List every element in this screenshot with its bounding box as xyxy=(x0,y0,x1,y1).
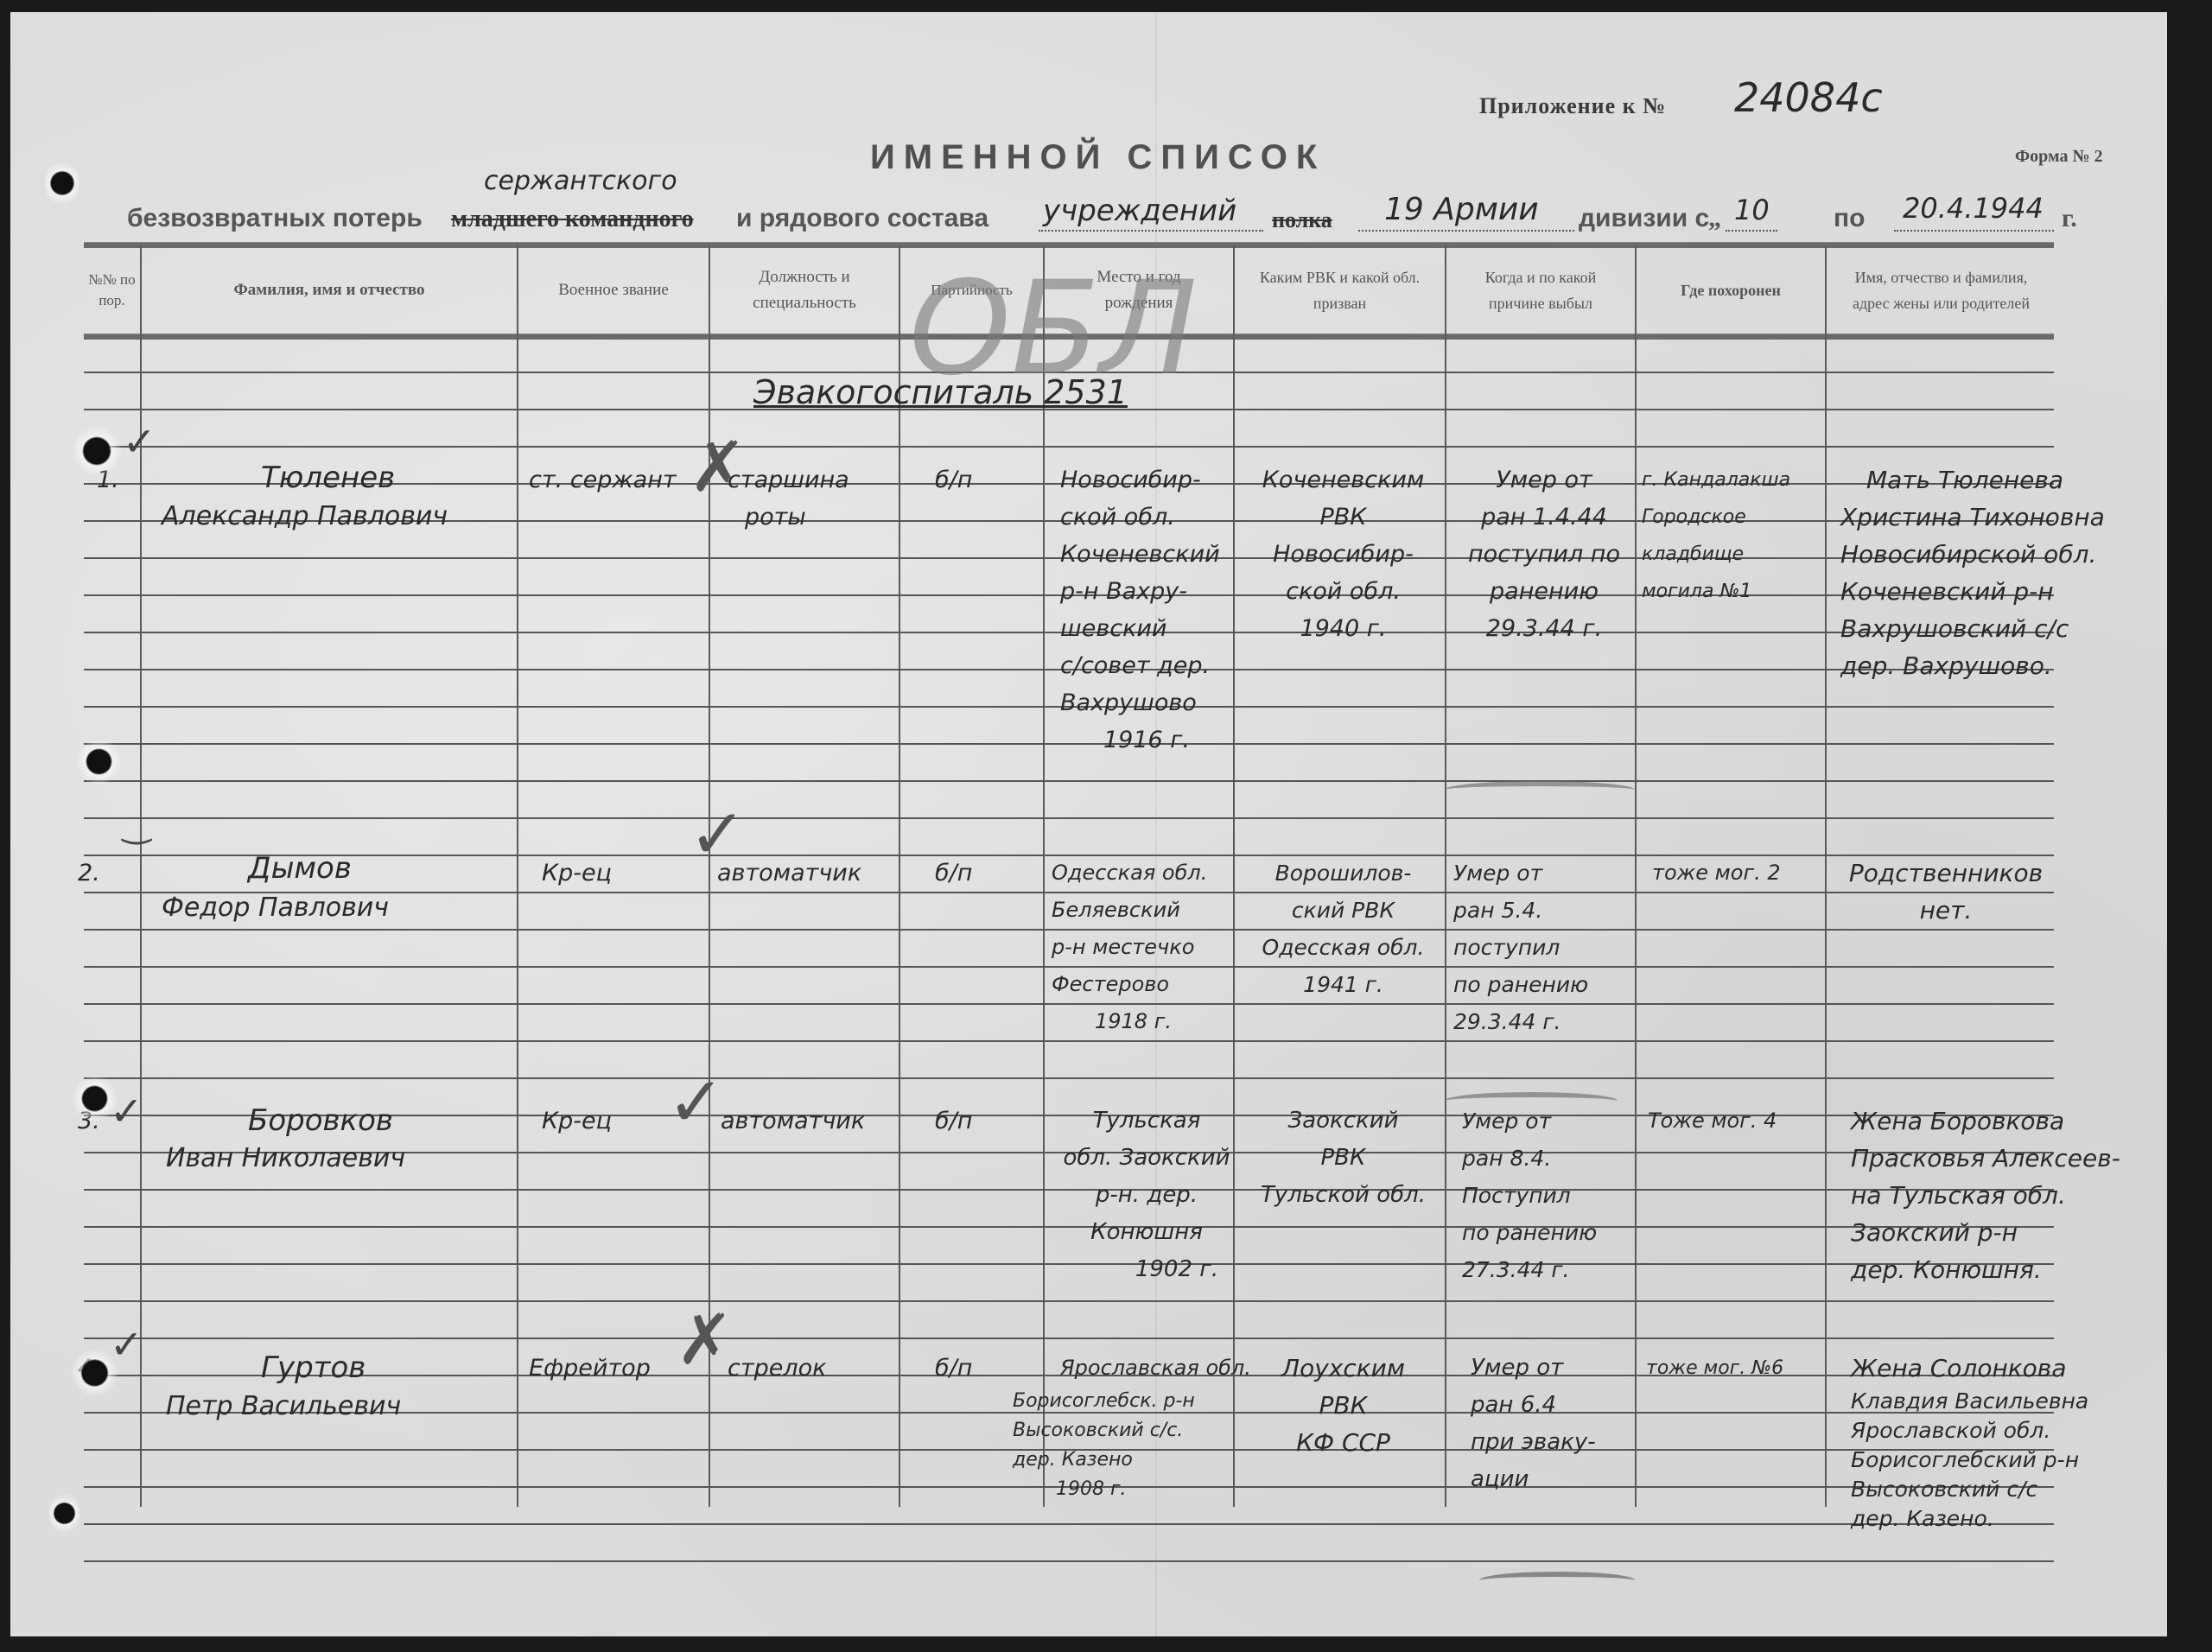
reason-line: ранению xyxy=(1453,573,1635,610)
birth-place: Одесская обл. Беляевский р-н местечко Фе… xyxy=(1052,855,1207,1040)
fill-line xyxy=(1039,230,1263,232)
reason: Умер от ран 8.4. Поступил по ранению 27.… xyxy=(1462,1102,1635,1288)
header-reason: Когда и по какой причине выбыл xyxy=(1446,247,1635,334)
subtitle-part5: г. xyxy=(2062,204,2077,233)
handwritten-rank-group: сержантского xyxy=(484,166,677,196)
buried-line: могила №1 xyxy=(1642,573,1790,610)
reason-line: ран 8.4. xyxy=(1462,1140,1635,1177)
column-divider xyxy=(1825,245,1827,1507)
punch-hole xyxy=(75,738,123,785)
date-from: 10 xyxy=(1734,194,1770,226)
rvk-line: РВК xyxy=(1246,1387,1440,1424)
relatives: Родственников нет. xyxy=(1842,855,2050,929)
buried: Тоже мог. 4 xyxy=(1648,1102,1777,1140)
relatives-line: Борисоглебский р-н xyxy=(1851,1445,2088,1475)
check-mark-icon: ✗ xyxy=(676,1299,734,1380)
birth-line: р-н. дер. xyxy=(1056,1177,1237,1214)
birth-line: Тульская xyxy=(1056,1102,1237,1140)
birth-line: Одесская обл. xyxy=(1052,855,1207,892)
header-rank: Военное звание xyxy=(518,247,709,334)
buried: тоже мог. №6 xyxy=(1646,1350,1783,1387)
rvk-line: Одесская обл. xyxy=(1246,929,1440,966)
ruled-line xyxy=(84,817,2054,819)
party: б/п xyxy=(935,1350,972,1387)
check-mark-icon: ‿ xyxy=(123,805,150,845)
punch-hole xyxy=(71,425,123,477)
fill-line xyxy=(1726,230,1777,232)
reason-line: ран 1.4.44 xyxy=(1453,499,1635,536)
ruled-line xyxy=(84,446,2054,448)
buried-line: тоже мог. 2 xyxy=(1652,855,1781,892)
subtitle-part2: и рядового состава xyxy=(736,204,988,233)
relatives: Жена Солонкова Клавдия Васильевна Яросла… xyxy=(1851,1350,2088,1534)
reason-line: Умер от xyxy=(1453,855,1635,892)
position-line: роты xyxy=(745,499,806,536)
birth-line: 1902 г. xyxy=(1056,1251,1237,1288)
fill-line xyxy=(1358,230,1574,232)
relatives-line: Заокский р-н xyxy=(1851,1214,2120,1251)
birth-line: Новосибир- xyxy=(1060,461,1220,499)
birth-place: Тульская обл. Заокский р-н. дер. Конюшня… xyxy=(1056,1102,1237,1288)
rvk-line: Заокский xyxy=(1246,1102,1440,1140)
buried: тоже мог. 2 xyxy=(1652,855,1781,892)
subtitle-part1: безвозвратных потерь xyxy=(127,204,423,233)
relatives-line: дер. Конюшня. xyxy=(1851,1251,2120,1288)
position-line: автоматчик xyxy=(721,1102,865,1140)
reason-line: 29.3.44 г. xyxy=(1453,610,1635,647)
reason-line: по ранению xyxy=(1453,966,1635,1003)
given-names: Иван Николаевич xyxy=(166,1140,405,1177)
surname: Гуртов xyxy=(261,1350,365,1387)
column-divider xyxy=(1445,245,1446,1507)
birth-line: р-н местечко xyxy=(1052,929,1207,966)
birth-line: с/совет дер. xyxy=(1060,647,1220,684)
relatives-line: на Тульская обл. xyxy=(1851,1177,2120,1214)
reason-line: 27.3.44 г. xyxy=(1462,1251,1635,1288)
rvk-line: Лоухским xyxy=(1246,1350,1440,1387)
given-names: Петр Васильевич xyxy=(166,1388,401,1425)
struck-rank-group: младшего командного xyxy=(451,206,694,233)
buried-line: Тоже мог. 4 xyxy=(1648,1102,1777,1140)
rvk: Заокский РВК Тульской обл. xyxy=(1246,1102,1440,1214)
relatives-line: нет. xyxy=(1842,892,2050,929)
birth-line: Беляевский xyxy=(1052,892,1207,929)
appendix-number: 24084с xyxy=(1734,74,1883,121)
birth-line: Вахрушово xyxy=(1060,684,1220,721)
relatives-line: Высоковский с/с xyxy=(1851,1475,2088,1504)
buried-line: тоже мог. №6 xyxy=(1646,1350,1783,1387)
position-line: стрелок xyxy=(728,1350,826,1387)
reason: Умер от ран 1.4.44 поступил по ранению 2… xyxy=(1453,461,1635,647)
rvk-line: 1941 г. xyxy=(1246,966,1440,1003)
relatives-line: Ярославской обл. xyxy=(1851,1416,2088,1445)
party: б/п xyxy=(935,1102,972,1140)
column-divider xyxy=(1233,245,1235,1507)
birth-line: Высоковский с/с. xyxy=(1013,1416,1251,1445)
reason-line: при эваку- xyxy=(1471,1424,1635,1461)
ruled-line xyxy=(84,780,2054,782)
birth-line: р-н Вахру- xyxy=(1060,573,1220,610)
given-names: Александр Павлович xyxy=(162,498,448,535)
struck-regiment: полка xyxy=(1272,207,1332,233)
punch-hole xyxy=(71,1075,118,1122)
column-divider xyxy=(1635,245,1637,1507)
relatives-line: Жена Солонкова xyxy=(1851,1350,2088,1387)
buried-line: г. Кандалакша xyxy=(1642,461,1790,499)
ruled-line xyxy=(84,1040,2054,1042)
form-number: Форма № 2 xyxy=(2015,147,2103,167)
buried: г. Кандалакша Городское кладбище могила … xyxy=(1642,461,1790,610)
relatives-line: Коченевский р-н xyxy=(1840,573,2105,610)
reason-line: 29.3.44 г. xyxy=(1453,1003,1635,1040)
handwritten-unit-type: учреждений xyxy=(1043,194,1236,228)
header-rvk: Каким РВК и какой обл. призван xyxy=(1235,247,1445,334)
birth-line: Ярославская обл. xyxy=(1013,1350,1251,1387)
relatives-line: Новосибирской обл. xyxy=(1840,536,2105,573)
reason-line: ран 5.4. xyxy=(1453,892,1635,929)
check-mark-icon: ✗ xyxy=(689,427,747,507)
quote-mark: „ xyxy=(1708,204,1721,233)
fill-line xyxy=(1894,230,2054,232)
pencil-stroke xyxy=(1445,1092,1618,1109)
reason-line: ации xyxy=(1471,1461,1635,1498)
pencil-stroke xyxy=(1479,1572,1635,1589)
relatives-line: дер. Вахрушово. xyxy=(1840,647,2105,684)
ruled-line xyxy=(84,1077,2054,1079)
rvk-line: Ворошилов- xyxy=(1246,855,1440,892)
ruled-line xyxy=(84,1300,2054,1302)
handwritten-army: 19 Армии xyxy=(1384,192,1539,227)
header-relatives: Имя, отчество и фамилия, адрес жены или … xyxy=(1827,247,2056,334)
header-full-name: Фамилия, имя и отчество xyxy=(142,247,517,334)
date-to: 20.4.1944 xyxy=(1903,192,2044,225)
document-page: Приложение к № 24084с ИМЕННОЙ СПИСОК Фор… xyxy=(10,12,2167,1636)
column-divider xyxy=(1043,245,1045,1507)
rvk-line: 1940 г. xyxy=(1246,610,1440,647)
birth-line: шевский xyxy=(1060,610,1220,647)
punch-hole xyxy=(71,1347,118,1399)
relatives-line: Родственников xyxy=(1842,855,2050,892)
column-divider xyxy=(517,245,518,1507)
birth-line: 1916 г. xyxy=(1060,721,1220,759)
rvk: Ворошилов- ский РВК Одесская обл. 1941 г… xyxy=(1246,855,1440,1003)
relatives-line: Христина Тихоновна xyxy=(1840,499,2105,536)
appendix-stamp: Приложение к № xyxy=(1479,93,1666,119)
relatives-line: Прасковья Алексеев- xyxy=(1851,1140,2120,1177)
appendix-stamp-label: Приложение к № xyxy=(1479,93,1666,118)
reason-line: по ранению xyxy=(1462,1214,1635,1251)
surname: Тюленев xyxy=(261,460,395,497)
birth-line: Конюшня xyxy=(1056,1214,1237,1251)
relatives: Мать Тюленева Христина Тихоновна Новосиб… xyxy=(1840,461,2105,684)
check-mark-icon: ✓ xyxy=(667,1062,725,1142)
rank: Кр-ец xyxy=(542,1102,612,1140)
check-mark-icon: ✓ xyxy=(123,418,156,465)
buried-line: Городское xyxy=(1642,499,1790,536)
page-title: ИМЕННОЙ СПИСОК xyxy=(870,138,1325,177)
rvk-line: РВК xyxy=(1246,499,1440,536)
birth-place: Ярославская обл. Борисоглебск. р-н Высок… xyxy=(1013,1350,1251,1504)
header-position: Должность и специальность xyxy=(710,247,899,334)
birth-line: ской обл. xyxy=(1060,499,1220,536)
header-number: №№ по пор. xyxy=(84,247,140,334)
birth-line: Коченевский xyxy=(1060,536,1220,573)
surname: Боровков xyxy=(248,1102,393,1140)
relatives-line: дер. Казено. xyxy=(1851,1504,2088,1534)
birth-line: 1918 г. xyxy=(1052,1003,1207,1040)
reason-line: ран 6.4 xyxy=(1471,1387,1635,1424)
check-mark-icon: ✓ xyxy=(689,794,747,874)
subtitle-part4: по xyxy=(1834,204,1865,233)
reason-line: поступил xyxy=(1453,929,1635,966)
buried-line: кладбище xyxy=(1642,536,1790,573)
reason-line: Умер от xyxy=(1453,461,1635,499)
birth-place: Новосибир- ской обл. Коченевский р-н Вах… xyxy=(1060,461,1220,759)
rvk: Коченевским РВК Новосибир- ской обл. 194… xyxy=(1246,461,1440,647)
rank: ст. сержант xyxy=(529,461,677,499)
given-names: Федор Павлович xyxy=(162,889,389,926)
reason-line: Поступил xyxy=(1462,1177,1635,1214)
rank: Ефрейтор xyxy=(529,1350,651,1387)
subtitle-part3: дивизии с xyxy=(1579,204,1709,233)
relatives-line: Мать Тюленева xyxy=(1840,461,2105,499)
party: б/п xyxy=(935,855,972,892)
row-number: 2. xyxy=(78,855,100,892)
header-buried: Где похоронен xyxy=(1637,247,1825,334)
pencil-stroke xyxy=(1445,781,1635,798)
relatives-line: Вахрушовский с/с xyxy=(1840,610,2105,647)
ruled-line xyxy=(84,1337,2054,1339)
relatives-line: Жена Боровкова xyxy=(1851,1102,2120,1140)
rank: Кр-ец xyxy=(542,855,612,892)
reason: Умер от ран 5.4. поступил по ранению 29.… xyxy=(1453,855,1635,1040)
rvk-line: Коченевским xyxy=(1246,461,1440,499)
rvk-line: Тульской обл. xyxy=(1246,1177,1440,1214)
rvk-line: КФ ССР xyxy=(1246,1424,1440,1461)
birth-line: 1908 г. xyxy=(1013,1475,1251,1504)
birth-line: Фестерово xyxy=(1052,966,1207,1003)
rvk: Лоухским РВК КФ ССР xyxy=(1246,1350,1440,1461)
punch-hole xyxy=(49,1490,79,1537)
rvk-line: ской обл. xyxy=(1246,573,1440,610)
relatives: Жена Боровкова Прасковья Алексеев- на Ту… xyxy=(1851,1102,2120,1288)
relatives-line: Клавдия Васильевна xyxy=(1851,1387,2088,1416)
rvk-line: РВК xyxy=(1246,1140,1440,1177)
birth-line: дер. Казено xyxy=(1013,1445,1251,1475)
punch-hole xyxy=(45,157,79,209)
party: б/п xyxy=(935,461,972,499)
birth-line: Борисоглебск. р-н xyxy=(1013,1387,1251,1416)
section-heading: Эвакогоспиталь 2531 xyxy=(753,373,1128,411)
ruled-line xyxy=(84,1560,2054,1562)
reason-line: Умер от xyxy=(1471,1350,1635,1387)
ruled-line xyxy=(84,1523,2054,1525)
surname: Дымов xyxy=(248,850,352,887)
column-divider xyxy=(899,245,900,1507)
reason-line: поступил по xyxy=(1453,536,1635,573)
reason: Умер от ран 6.4 при эваку- ации xyxy=(1471,1350,1635,1498)
rvk-line: Новосибир- xyxy=(1246,536,1440,573)
rvk-line: ский РВК xyxy=(1246,892,1440,929)
birth-line: обл. Заокский xyxy=(1056,1140,1237,1177)
